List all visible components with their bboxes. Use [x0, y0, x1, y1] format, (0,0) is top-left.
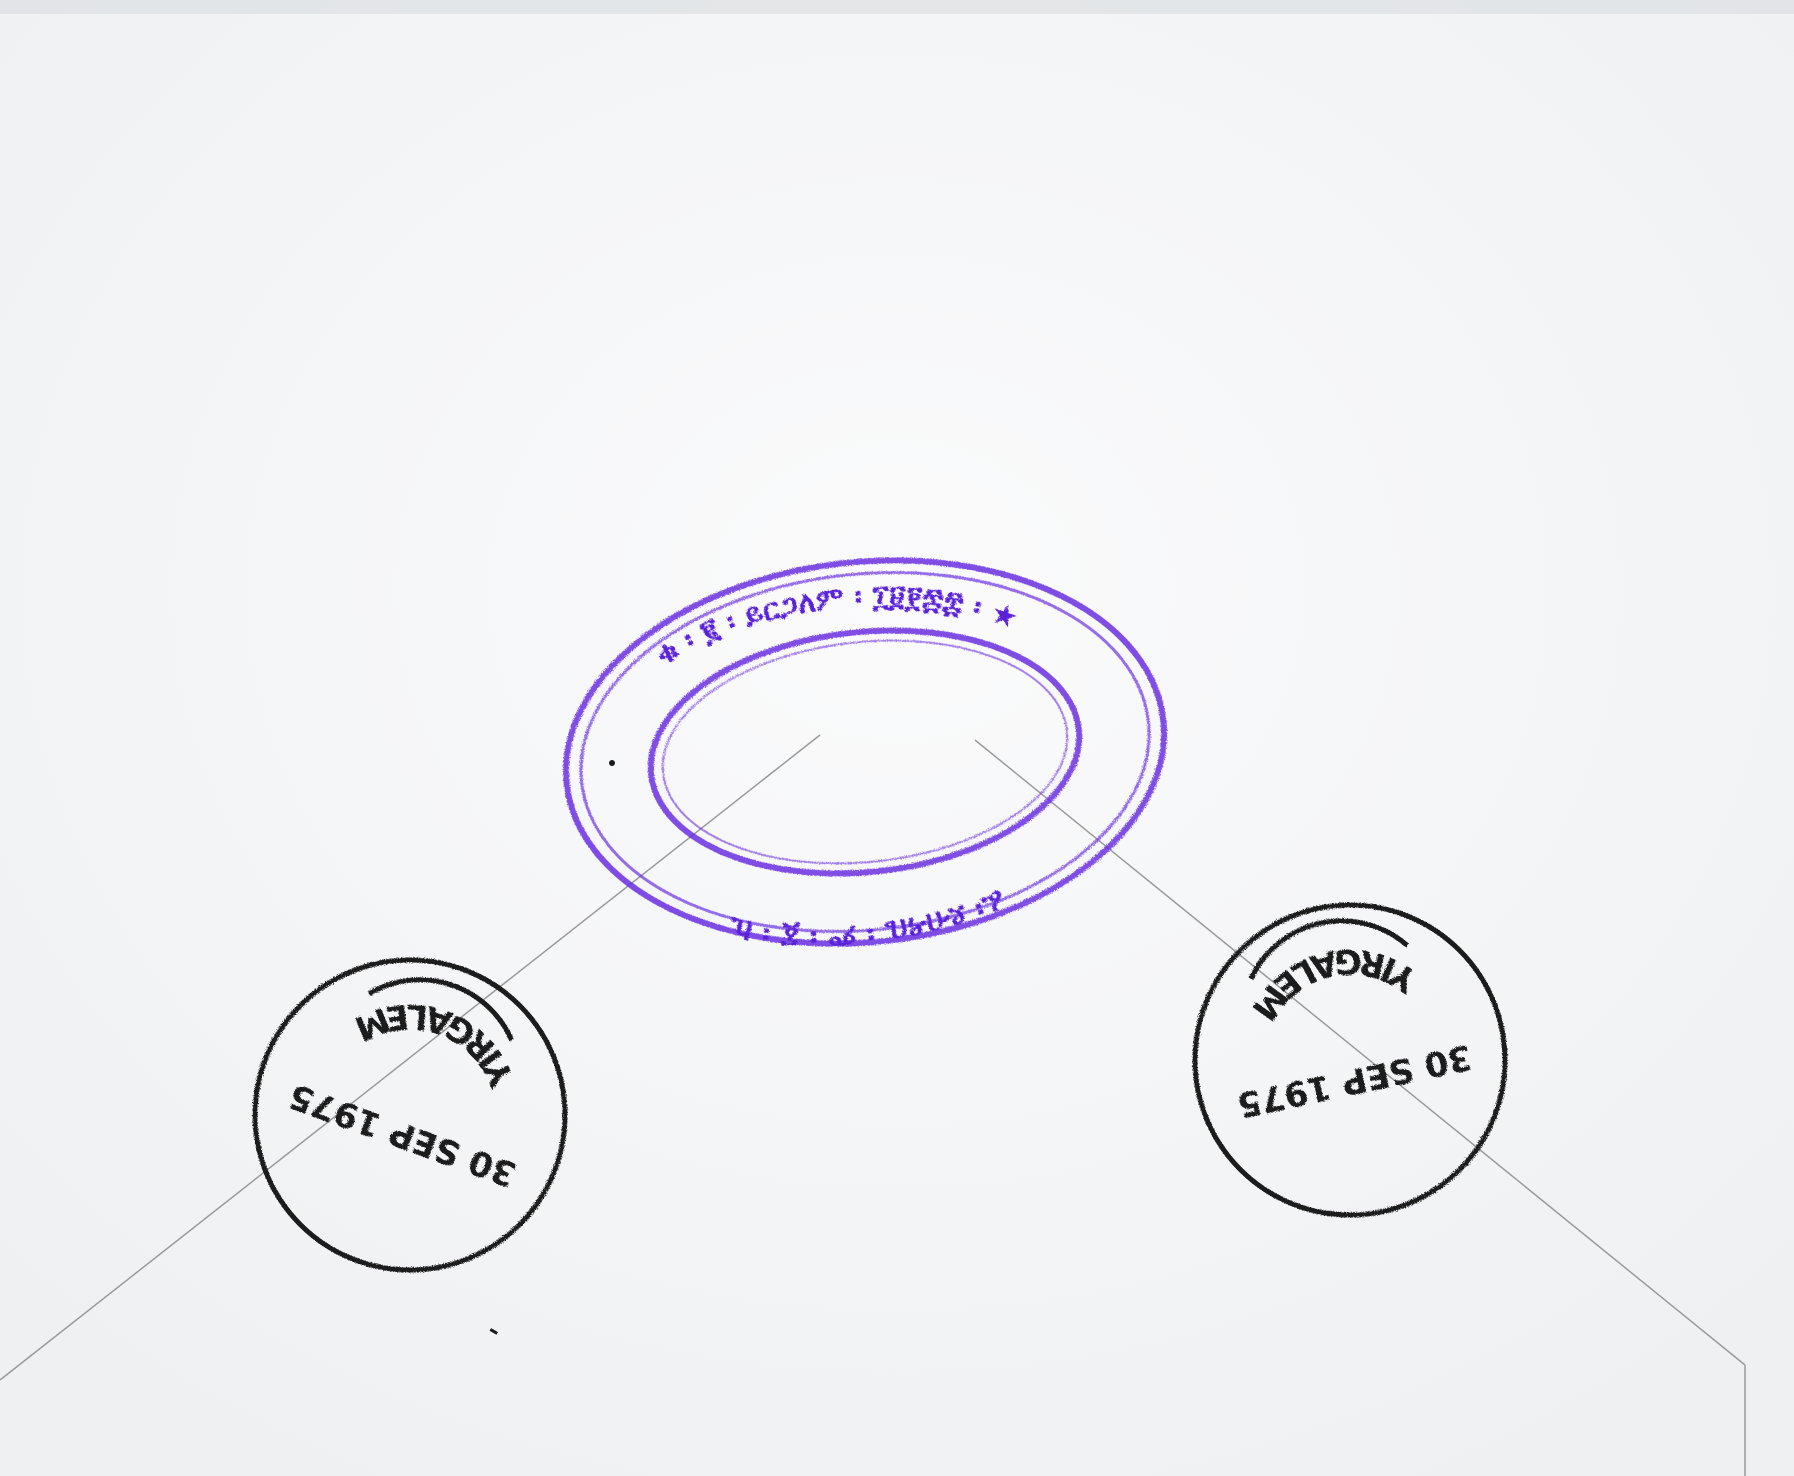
envelope-back: ፈ፡ ደብዳቤ ፡ ም ፡ ፩ ፡ ኪ ቁ ፡ ፪ ፡ ይርጋለም ፡ ፲፱፻፷…: [0, 0, 1794, 1476]
top-edge-shadow: [0, 0, 1794, 14]
paper-background: [0, 0, 1794, 1476]
